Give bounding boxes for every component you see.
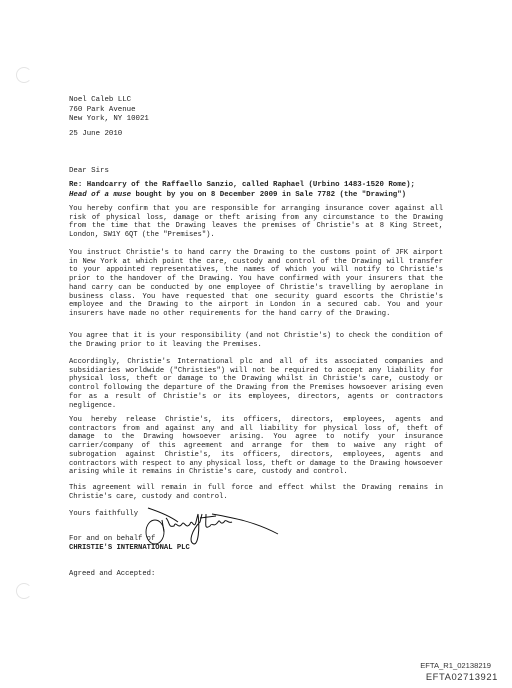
recipient-street: 760 Park Avenue (69, 106, 149, 116)
recipient-name: Noel Caleb LLC (69, 96, 149, 106)
paragraph-effect: This agreement will remain in full force… (69, 484, 443, 501)
paragraph-release: You hereby release Christie's, its offic… (69, 416, 443, 477)
artwork-title: Head of a muse (69, 191, 131, 199)
subject-line-2: Head of a muse bought by you on 8 Decemb… (69, 191, 449, 201)
behalf-label: For and on behalf of (69, 535, 190, 544)
recipient-city: New York, NY 10021 (69, 115, 149, 125)
closing: Yours faithfully (69, 510, 138, 518)
subject-line-2-rest: bought by you on 8 December 2009 in Sale… (131, 191, 406, 199)
bates-stamp-2: EFTA02713921 (426, 671, 498, 682)
paragraph-liability: Accordingly, Christie's International pl… (69, 358, 443, 410)
paragraph-insurance: You hereby confirm that you are responsi… (69, 205, 443, 240)
company-name: CHRISTIE'S INTERNATIONAL PLC (69, 544, 190, 553)
bates-stamp-1: EFTA_R1_02138219 (420, 661, 491, 670)
subject-line-1: Re: Handcarry of the Raffaello Sanzio, c… (69, 181, 449, 191)
paragraph-condition: You agree that it is your responsibility… (69, 332, 443, 349)
subject-line: Re: Handcarry of the Raffaello Sanzio, c… (69, 181, 449, 200)
salutation: Dear Sirs (69, 167, 109, 175)
paragraph-hand-carry: You instruct Christie's to hand carry th… (69, 249, 443, 319)
letter-date: 25 June 2010 (69, 130, 122, 138)
signatory-block: For and on behalf of CHRISTIE'S INTERNAT… (69, 535, 190, 553)
punch-hole-icon (16, 67, 32, 83)
agreed-accepted: Agreed and Accepted: (69, 570, 155, 578)
recipient-address: Noel Caleb LLC 760 Park Avenue New York,… (69, 96, 149, 125)
punch-hole-icon (16, 583, 32, 599)
letter-page: Noel Caleb LLC 760 Park Avenue New York,… (0, 0, 512, 688)
